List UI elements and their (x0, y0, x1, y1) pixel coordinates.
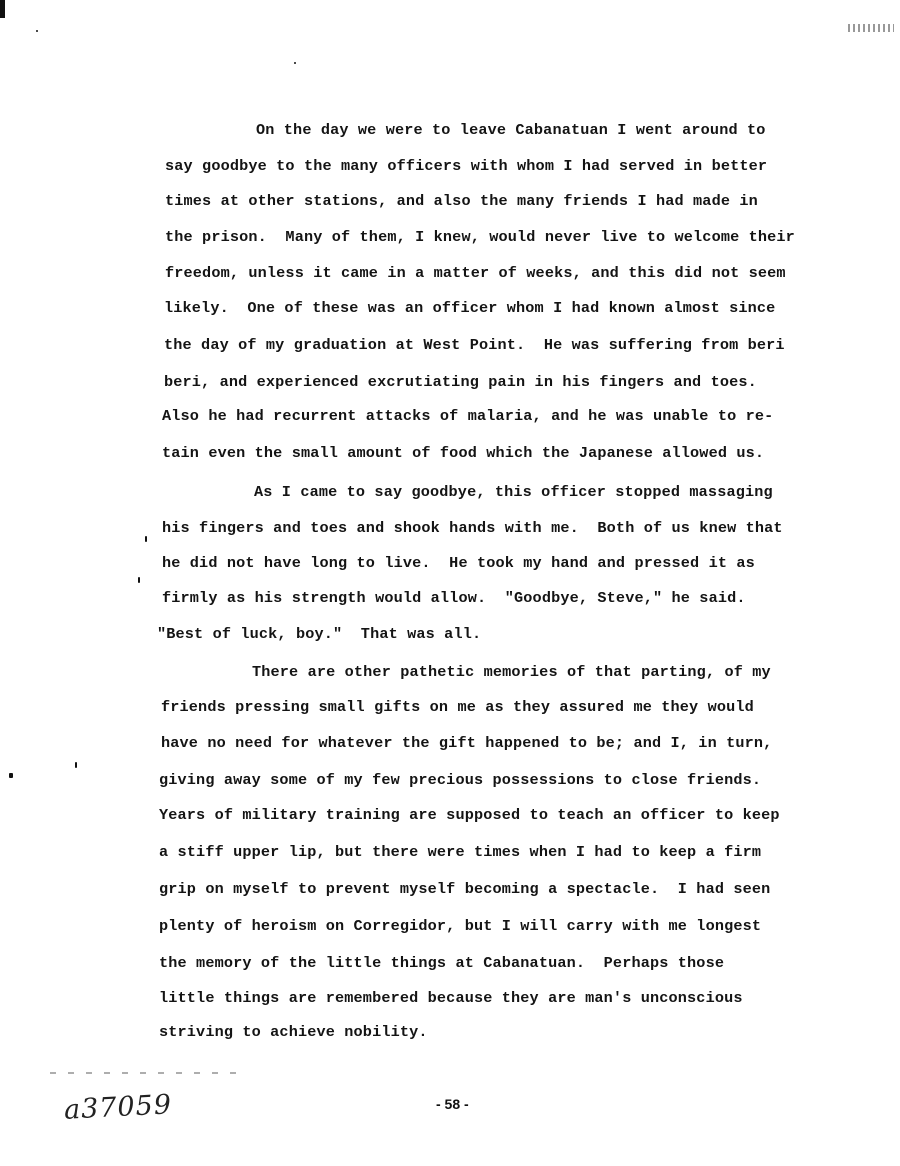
page-number: - 58 - (436, 1096, 469, 1112)
scan-mark-top-left (0, 0, 5, 18)
text-line: striving to achieve nobility. (159, 1022, 428, 1042)
text-line: the day of my graduation at West Point. … (164, 335, 785, 355)
text-line: "Best of luck, boy." That was all. (157, 624, 481, 644)
text-line: tain even the small amount of food which… (162, 443, 764, 463)
text-line: little things are remembered because the… (159, 988, 743, 1008)
text-line: likely. One of these was an officer whom… (164, 298, 775, 318)
text-line: giving away some of my few precious poss… (159, 770, 761, 790)
text-line: grip on myself to prevent myself becomin… (159, 879, 770, 899)
scan-mark-top-right (848, 24, 894, 32)
text-line: Years of military training are supposed … (159, 805, 780, 825)
text-line: On the day we were to leave Cabanatuan I… (256, 120, 766, 140)
text-line: firmly as his strength would allow. "Goo… (162, 588, 746, 608)
scan-speck (145, 536, 147, 542)
text-line: beri, and experienced excrutiating pain … (164, 372, 757, 392)
scan-speck (9, 773, 13, 778)
scan-speck (75, 762, 77, 768)
text-line: freedom, unless it came in a matter of w… (165, 263, 786, 283)
text-line: say goodbye to the many officers with wh… (165, 156, 767, 176)
text-line: his fingers and toes and shook hands wit… (162, 518, 783, 538)
scan-speck (138, 577, 140, 583)
scan-speck (36, 30, 38, 32)
handwritten-archive-id: a37059 (63, 1089, 172, 1126)
text-line: friends pressing small gifts on me as th… (161, 697, 754, 717)
text-line: he did not have long to live. He took my… (162, 553, 755, 573)
dashed-rule (50, 1072, 240, 1074)
text-line: the prison. Many of them, I knew, would … (165, 227, 795, 247)
text-line: a stiff upper lip, but there were times … (159, 842, 761, 862)
text-line: There are other pathetic memories of tha… (252, 662, 771, 682)
text-line: As I came to say goodbye, this officer s… (254, 482, 773, 502)
text-line: plenty of heroism on Corregidor, but I w… (159, 916, 761, 936)
text-line: times at other stations, and also the ma… (165, 191, 758, 211)
text-line: Also he had recurrent attacks of malaria… (162, 406, 773, 426)
scan-speck (294, 62, 296, 64)
text-line: the memory of the little things at Caban… (159, 953, 724, 973)
document-page: On the day we were to leave Cabanatuan I… (0, 0, 900, 1166)
text-line: have no need for whatever the gift happe… (161, 733, 772, 753)
